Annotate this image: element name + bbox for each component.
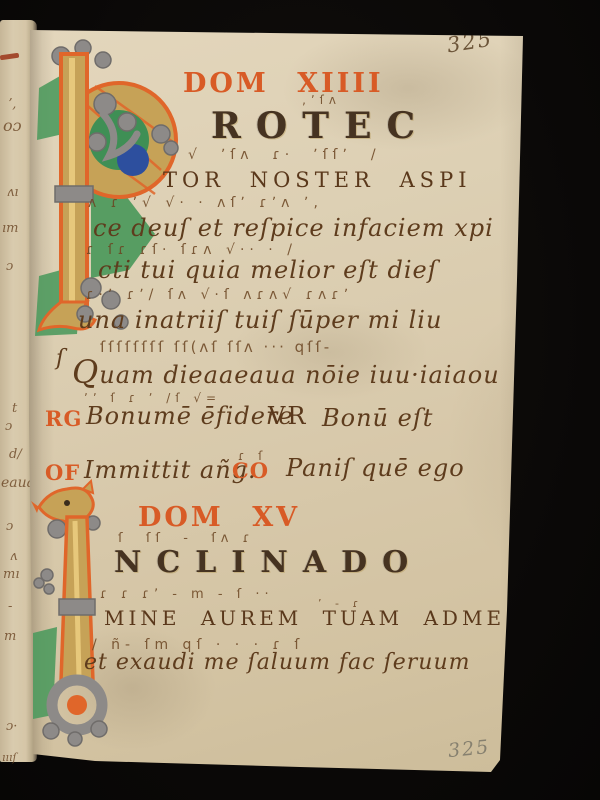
rubric-dom-14: DOM XIIII bbox=[183, 70, 384, 97]
margin-fragment: d/ bbox=[9, 448, 22, 461]
neume-row: ſ ſſ - ſʌ ɾ bbox=[118, 532, 255, 545]
manuscript-page: 325 bbox=[0, 0, 600, 800]
incipit-inclina: NCLINADO bbox=[114, 548, 423, 578]
text-line-quam: Quam dieaaeaua nōie iuu·iaiaou bbox=[72, 356, 500, 388]
text-line-et-exaudi: et exaudi me ſaluum fac ſeruum bbox=[84, 652, 471, 674]
margin-fragment: ʼ‚ bbox=[8, 98, 16, 111]
rubric-dom-15: DOM XV bbox=[138, 504, 300, 531]
margin-fragment: m bbox=[4, 630, 16, 643]
text-line-ce-deus: ce deuſ et reſpice infaciem xpi bbox=[93, 216, 494, 240]
neume-row: ɾ ſɾ ɾſ· ſɾʌ √·· · / bbox=[86, 243, 297, 257]
manuscript-photo: ʼ‚ oɔ ʌı ım ɔ t ɔ d/ eaua ɔ ʌ mı - m ɔ· … bbox=[0, 0, 600, 800]
margin-fragment: oɔ bbox=[3, 118, 22, 134]
text-line-immittit: Immittit añg. bbox=[84, 458, 257, 482]
margin-fragment: - bbox=[8, 600, 12, 613]
rubric-co-label: CO bbox=[232, 460, 269, 481]
rubric-rg-label: RG bbox=[45, 408, 82, 429]
margin-fragment: ıııſ bbox=[2, 752, 17, 763]
rubric-of-label: OF bbox=[45, 462, 80, 483]
text-line-panis: Paniſ quē ego bbox=[286, 456, 465, 480]
neume-row: √ ʼſʌ ɾ· ʼſſʼ / bbox=[188, 148, 381, 162]
folio-number-top: 325 bbox=[446, 29, 495, 57]
versus-vr-label: VR bbox=[268, 404, 307, 428]
text-line-tor-noster: TOR NOSTER ASPI bbox=[163, 170, 472, 191]
margin-fragment: mı bbox=[3, 568, 20, 581]
text-line-una: una inatriiſ tuiſ ſūper mi liu bbox=[78, 308, 442, 332]
neume-row: ʌ ɾ ʼ√ √· · ʌſʼ ɾʼʌ ʼ‚ bbox=[88, 196, 323, 210]
text-line-bonu-est: Bonū eſt bbox=[322, 406, 433, 430]
neume-row: ɾ·ʼ ɾʼ/ ſʌ √·ſ ʌɾʌ√ ɾʌɾʼ bbox=[86, 288, 353, 302]
neume-row-melisma: ſſſſſſſſ ſſ(ʌſ ſſʌ ··· qſſ- bbox=[100, 340, 332, 355]
facing-page-decoration bbox=[0, 53, 19, 61]
text-line-mine-aurem: MINE AUREM TUAM ADME bbox=[104, 608, 505, 628]
neume-row: ɾ ɾ ɾʼ - m - ſ ·· bbox=[100, 588, 274, 601]
text-line-bonum: Bonumē ēfidere bbox=[86, 404, 294, 428]
incipit-protector: ROTEC bbox=[211, 108, 430, 144]
margin-fragment: ɔ bbox=[6, 260, 13, 273]
folio-number-bottom: 325 bbox=[447, 738, 491, 761]
margin-fragment: t bbox=[12, 402, 17, 415]
margin-fragment: ɔ bbox=[5, 420, 12, 433]
margin-fragment: ım bbox=[2, 222, 19, 235]
margin-fragment: ʌı bbox=[7, 186, 19, 199]
margin-fragment: ɔ· bbox=[6, 720, 17, 733]
verse-marker: ſ bbox=[56, 348, 65, 370]
text-line-cti-tui: cti tui quia melior eſt dieſ bbox=[98, 258, 438, 282]
margin-fragment: ɔ bbox=[6, 520, 13, 533]
page-edge-shade bbox=[500, 30, 530, 770]
margin-fragment: ʌ bbox=[10, 550, 17, 563]
